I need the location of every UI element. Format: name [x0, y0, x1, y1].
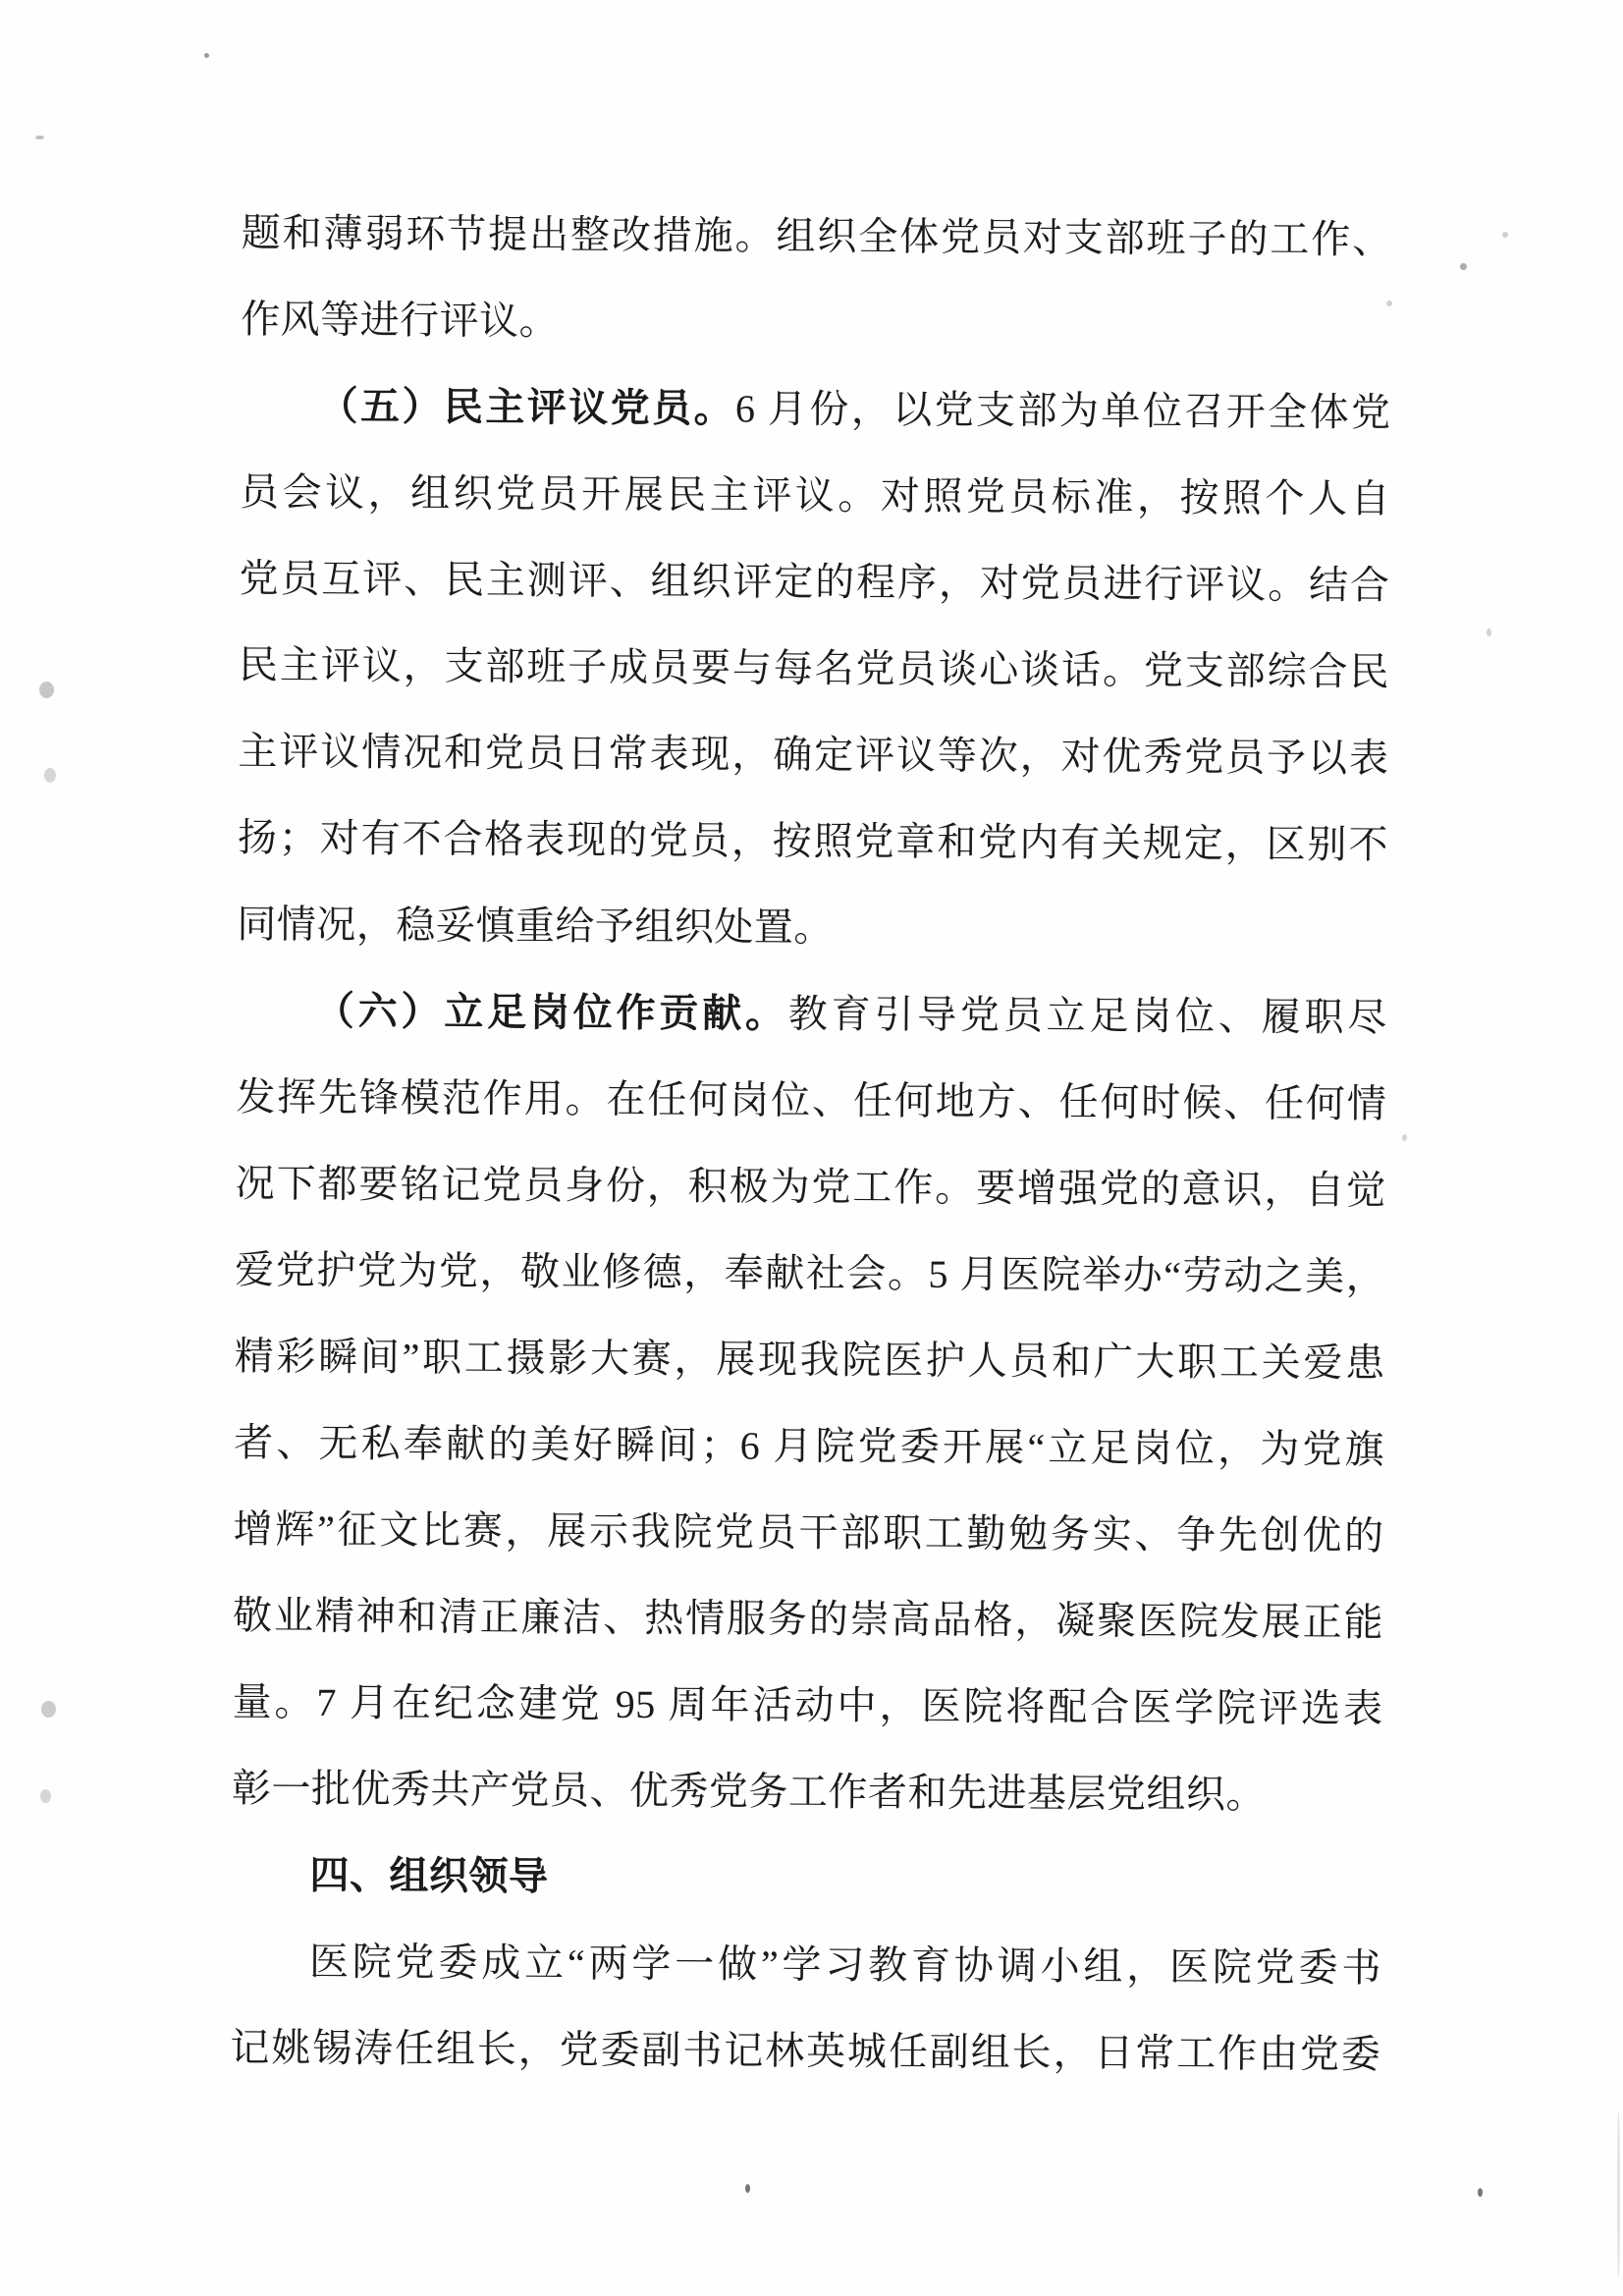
scan-speck [1502, 232, 1508, 238]
text-line-5: 党员互评、民主测评、组织评定的程序，对党员进行评议。结合 [239, 535, 1390, 629]
scan-speck [1460, 263, 1467, 270]
line-text: 发挥先锋模范作用。在任何岗位、任何地方、任何时候、任何情 [236, 1074, 1386, 1125]
bold-lead: （五）民主评议党员。 [318, 384, 735, 431]
scan-speck [1386, 301, 1392, 306]
text-line-3: （五）民主评议党员。6 月份，以党支部为单位召开全体党 [240, 362, 1391, 456]
text-line-12: 况下都要铭记党员身份，积极为党工作。要增强党的意识，自觉 [235, 1140, 1386, 1233]
line-text: 主评议情况和党员日常表现，确定评议等次，对优秀党员予以表 [238, 729, 1388, 780]
scan-speck [44, 768, 56, 783]
line-text: 爱党护党为党，敬业修德，奉献社会。5 月医院举办“劳动之美， [235, 1247, 1385, 1298]
text-line-15: 者、无私奉献的美好瞬间；6 月院党委开展“立足岗位，为党旗 [234, 1399, 1385, 1493]
text-line-17: 敬业精神和清正廉洁、热情服务的崇高品格，凝聚医院发展正能 [233, 1572, 1384, 1666]
scan-speck [1487, 629, 1491, 636]
bold-lead: 四、组织领导 [309, 1853, 548, 1898]
line-text: 彰一批优秀共产党员、优秀党务工作者和先进基层党组织。 [232, 1766, 1266, 1816]
line-text: 党员互评、民主测评、组织评定的程序，对党员进行评议。结合 [239, 556, 1389, 607]
text-line-16: 增辉”征文比赛，展示我院党员干部职工勤勉务实、争先创优的 [233, 1486, 1384, 1579]
line-text: 6 月份，以党支部为单位召开全体党 [735, 387, 1391, 435]
scan-speck [40, 1789, 51, 1803]
line-text: 者、无私奉献的美好瞬间；6 月院党委开展“立足岗位，为党旗 [234, 1420, 1384, 1471]
text-line-11: 发挥先锋模范作用。在任何岗位、任何地方、任何时候、任何情 [236, 1054, 1387, 1147]
line-text: 扬；对有不合格表现的党员，按照党章和党内有关规定，区别不 [238, 815, 1388, 866]
bold-lead: （六）立足岗位作贡献。 [315, 989, 788, 1036]
line-text: 精彩瞬间”职工摄影大赛，展现我院医护人员和广大职工关爱患 [235, 1334, 1385, 1385]
line-text: 员会议，组织党员开展民主评议。对照党员标准，按照个人自评、 [240, 469, 1390, 542]
text-line-8: 扬；对有不合格表现的党员，按照党章和党内有关规定，区别不 [238, 794, 1389, 888]
text-line-20: 四、组织领导 [231, 1831, 1382, 1925]
line-text: 题和薄弱环节提出整改措施。组织全体党员对支部班子的工作、 [242, 210, 1392, 261]
text-line-19: 彰一批优秀共产党员、优秀党务工作者和先进基层党组织。 [232, 1745, 1383, 1838]
scan-speck [35, 136, 44, 139]
scan-speck [39, 682, 54, 698]
text-line-10: （六）立足岗位作贡献。教育引导党员立足岗位、履职尽责， [237, 967, 1388, 1061]
scan-speck [1478, 2188, 1483, 2197]
text-line-18: 量。7 月在纪念建党 95 周年活动中，医院将配合医学院评选表 [232, 1659, 1383, 1752]
line-text: 量。7 月在纪念建党 95 周年活动中，医院将配合医学院评选表 [232, 1679, 1382, 1730]
scan-speck [745, 2184, 750, 2193]
line-text: 况下都要铭记党员身份，积极为党工作。要增强党的意识，自觉 [236, 1161, 1386, 1212]
text-line-22: 记姚锡涛任组长，党委副书记林英城任副组长，日常工作由党委 [230, 2004, 1381, 2098]
text-line-6: 民主评议，支部班子成员要与每名党员谈心谈话。党支部综合民 [239, 622, 1390, 715]
text-line-4: 员会议，组织党员开展民主评议。对照党员标准，按照个人自评、 [240, 449, 1391, 542]
text-line-1: 题和薄弱环节提出整改措施。组织全体党员对支部班子的工作、 [241, 190, 1392, 283]
text-line-7: 主评议情况和党员日常表现，确定评议等次，对优秀党员予以表 [238, 708, 1389, 801]
line-text: 记姚锡涛任组长，党委副书记林英城任副组长，日常工作由党委 [230, 2025, 1380, 2076]
text-line-13: 爱党护党为党，敬业修德，奉献社会。5 月医院举办“劳动之美， [235, 1227, 1386, 1320]
line-text: 敬业精神和清正廉洁、热情服务的崇高品格，凝聚医院发展正能 [233, 1593, 1383, 1644]
scan-speck [1617, 2111, 1620, 2278]
document-body: 题和薄弱环节提出整改措施。组织全体党员对支部班子的工作、作风等进行评议。（五）民… [230, 190, 1392, 2098]
text-line-2: 作风等进行评议。 [241, 276, 1392, 369]
scan-speck [1402, 1134, 1407, 1141]
scan-speck [204, 53, 209, 58]
line-text: 医院党委成立“两学一做”学习教育协调小组，医院党委书 [309, 1940, 1381, 1991]
line-text: 增辉”征文比赛，展示我院党员干部职工勤勉务实、争先创优的 [233, 1506, 1383, 1558]
line-text: 作风等进行评议。 [241, 297, 559, 343]
line-text: 民主评议，支部班子成员要与每名党员谈心谈话。党支部综合民 [239, 642, 1389, 693]
line-text: 同情况，稳妥慎重给予组织处置。 [237, 902, 834, 950]
text-line-14: 精彩瞬间”职工摄影大赛，展现我院医护人员和广大职工关爱患 [234, 1313, 1385, 1406]
text-line-9: 同情况，稳妥慎重给予组织处置。 [237, 881, 1388, 974]
scan-speck [41, 1701, 56, 1718]
text-line-21: 医院党委成立“两学一做”学习教育协调小组，医院党委书 [231, 1918, 1382, 2011]
document-page: 题和薄弱环节提出整改措施。组织全体党员对支部班子的工作、作风等进行评议。（五）民… [0, 0, 1623, 2296]
